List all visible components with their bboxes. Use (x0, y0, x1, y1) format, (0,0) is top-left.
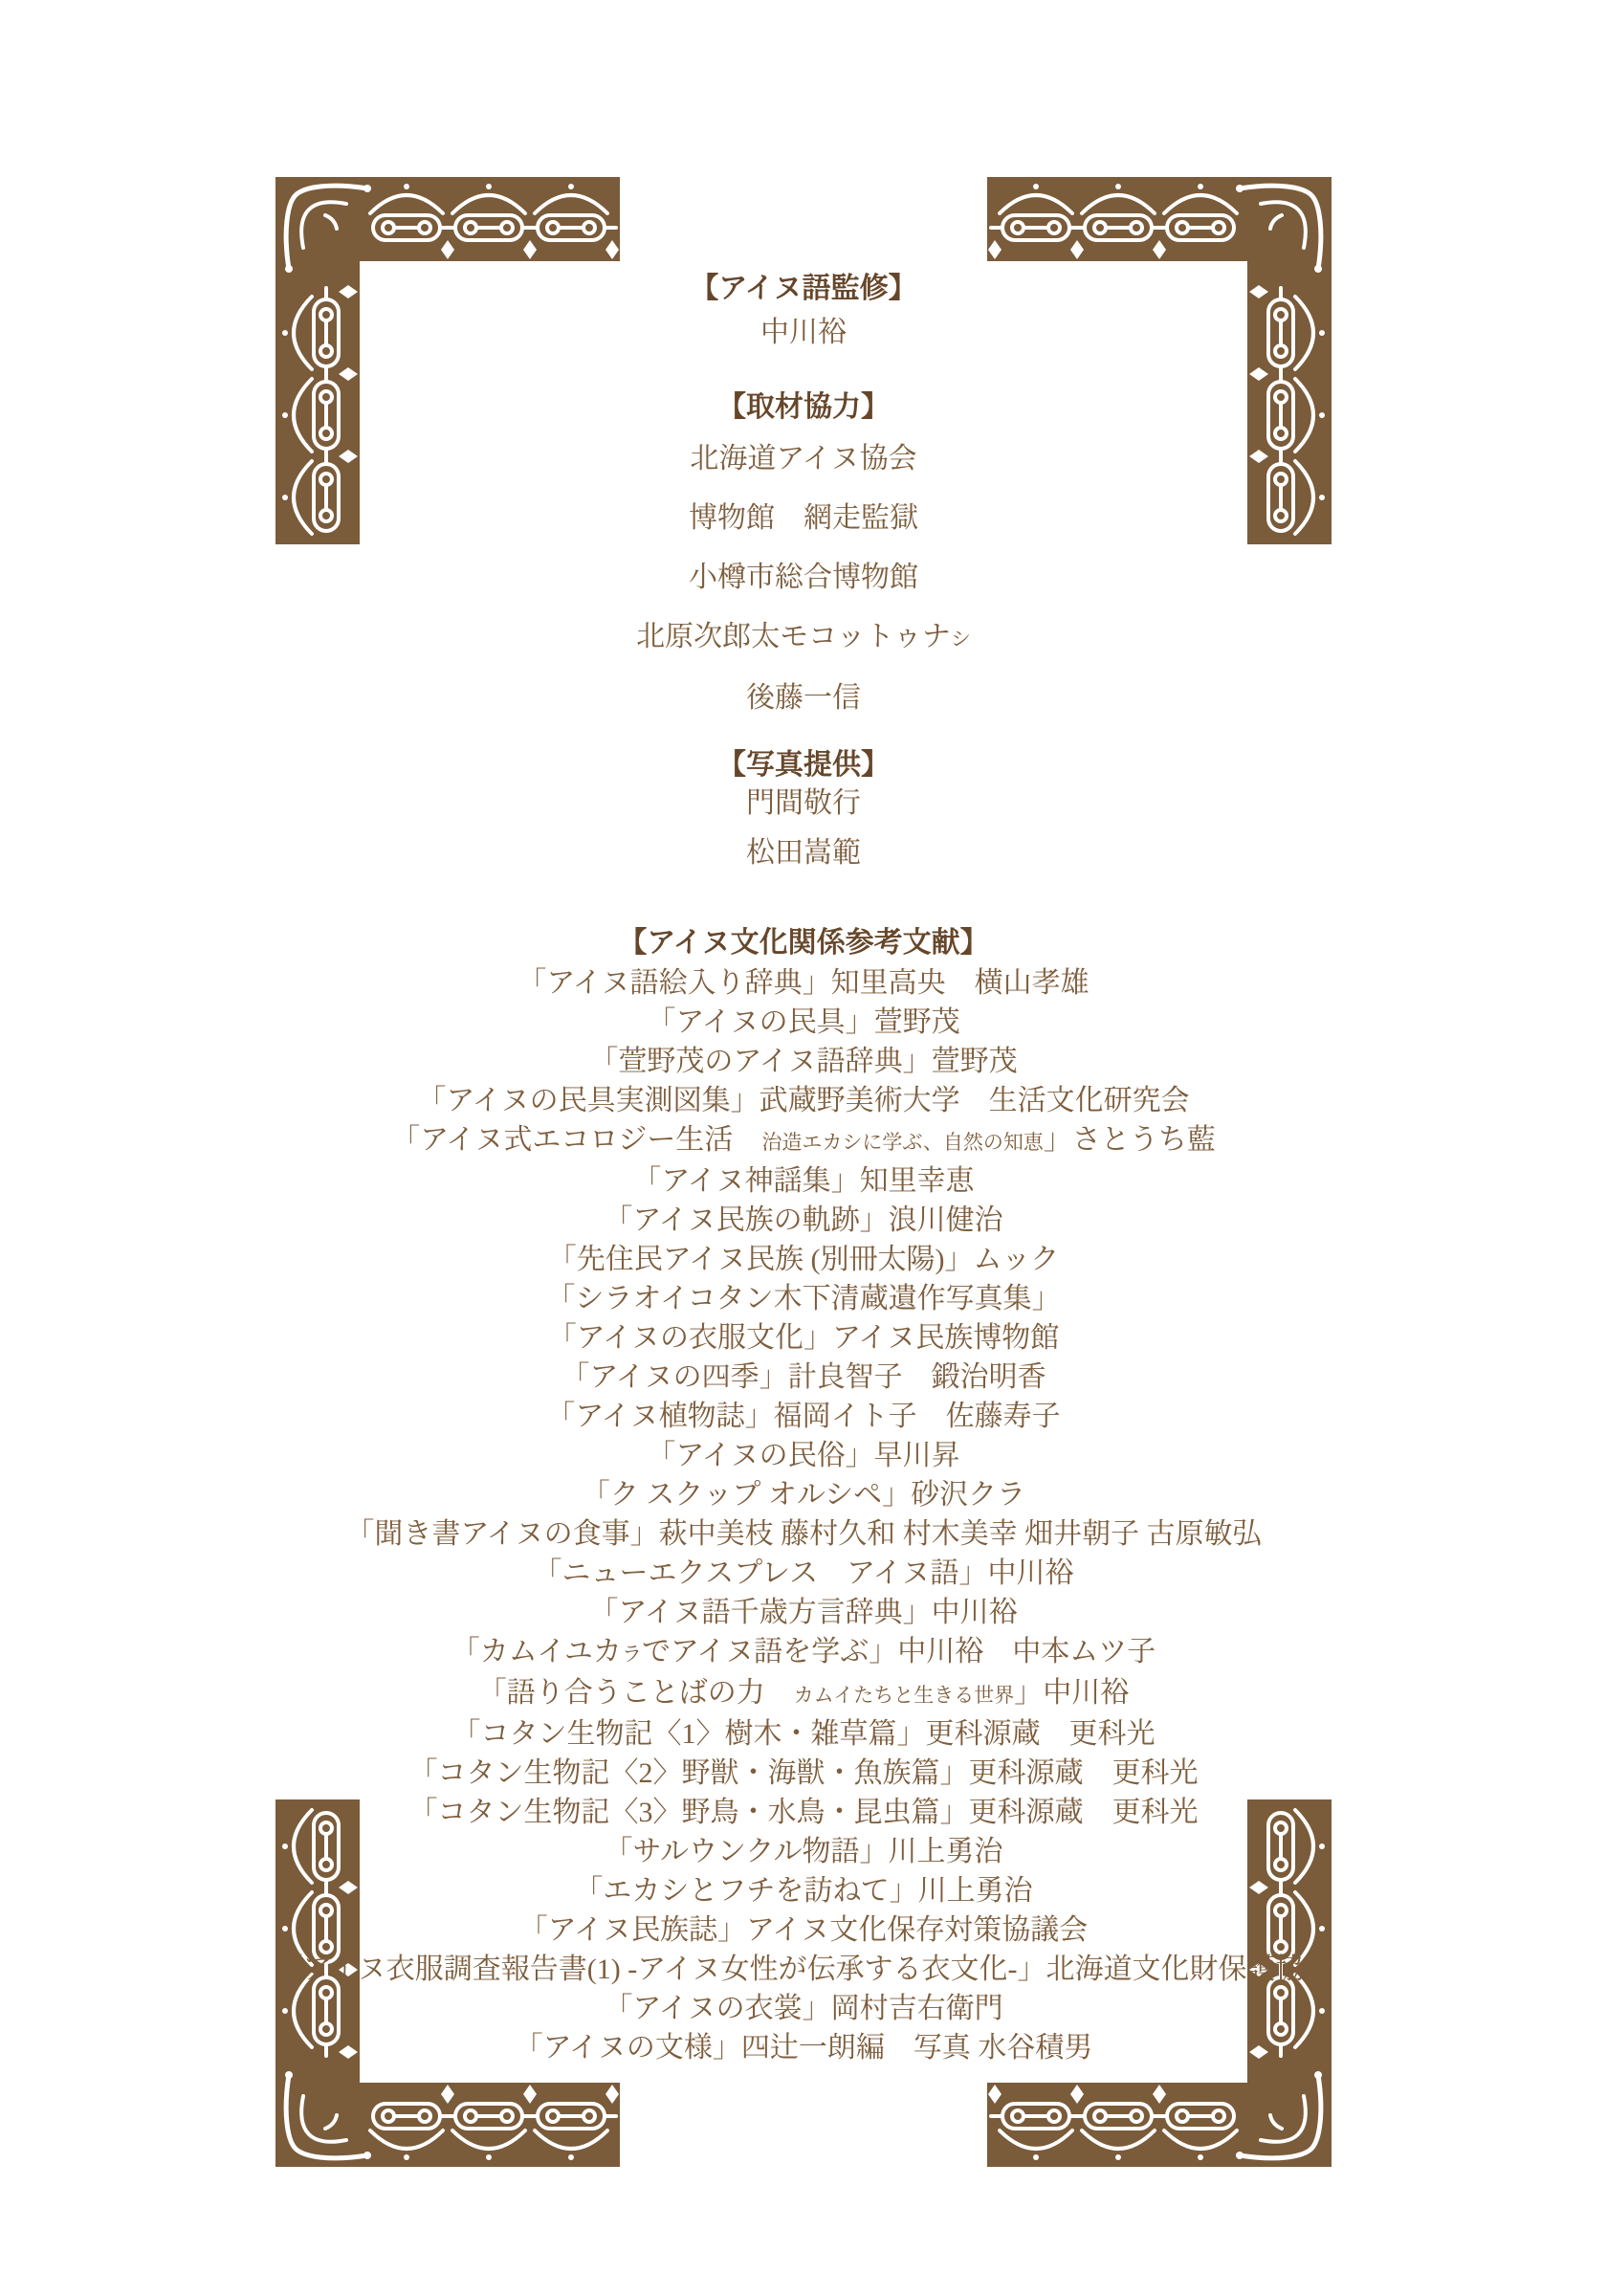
section-research-cooperation: 【取材協力】 北海道アイヌ協会 博物館 網走監獄 小樽市総合博物館 北原次郎太モ… (0, 393, 1607, 713)
section-heading: 【アイヌ語監修】 (0, 275, 1607, 303)
section-bibliography: 【アイヌ文化関係参考文献】 「アイヌ語絵入り辞典」知里高央 横山孝雄 「アイヌの… (0, 929, 1607, 2063)
credits-text: 【アイヌ語監修】 中川裕 【取材協力】 北海道アイヌ協会 博物館 網走監獄 小樽… (0, 0, 1607, 2296)
bibliography-entry: 「カムイユカラでアイヌ語を学ぶ」中川裕 中本ムツ子 (0, 1638, 1607, 1668)
book-credits-page: 【アイヌ語監修】 中川裕 【取材協力】 北海道アイヌ協会 博物館 網走監獄 小樽… (0, 0, 1607, 2296)
credit-name: 北原次郎太モコットゥナシ (0, 623, 1607, 653)
bibliography-entry: 「アイヌ植物誌」福岡イト子 佐藤寿子 (0, 1402, 1607, 1431)
section-heading: 【取材協力】 (0, 393, 1607, 422)
bibliography-entry: 「萱野茂のアイヌ語辞典」萱野茂 (0, 1048, 1607, 1076)
bibliography-entry: 「アイヌの四季」計良智子 鍛治明香 (0, 1363, 1607, 1392)
bibliography-entry: 「コタン生物記〈3〉野鳥・水鳥・昆虫篇」更科源蔵 更科光 (0, 1799, 1607, 1827)
bibliography-entry: 「アイヌ民族の軌跡」浪川健治 (0, 1206, 1607, 1235)
bibliography-entry: 「コタン生物記〈2〉野獣・海獣・魚族篇」更科源蔵 更科光 (0, 1759, 1607, 1788)
bibliography-entry: 「コタン生物記〈1〉樹木・雑草篇」更科源蔵 更科光 (0, 1720, 1607, 1749)
credit-name: 松田嵩範 (0, 839, 1607, 868)
bibliography-entry: 「聞き書アイヌの食事」萩中美枝 藤村久和 村木美幸 畑井朝子 古原敏弘 (0, 1520, 1607, 1549)
bibliography-entry: 「アイヌ語絵入り辞典」知里高央 横山孝雄 (0, 969, 1607, 998)
bibliography-entry: 「アイヌの民俗」早川昇 (0, 1442, 1607, 1470)
bibliography-entry: 「アイヌの文様」四辻一朗編 写真 水谷積男 (0, 2034, 1607, 2063)
bibliography-entry: 「アイヌの衣服文化」アイヌ民族博物館 (0, 1324, 1607, 1353)
bibliography-entry: 「アイヌ神謡集」知里幸恵 (0, 1167, 1607, 1196)
section-heading: 【アイヌ文化関係参考文献】 (0, 929, 1607, 958)
bibliography-entry: 「ク スクップ オルシペ」砂沢クラ (0, 1481, 1607, 1510)
section-heading: 【写真提供】 (0, 751, 1607, 780)
section-photo-credit: 【写真提供】 門間敬行 松田嵩範 (0, 751, 1607, 868)
bibliography-entry: 「アイヌ語千歳方言辞典」中川裕 (0, 1599, 1607, 1627)
credit-name: 後藤一信 (0, 684, 1607, 713)
bibliography-entry: 「ニューエクスプレス アイヌ語」中川裕 (0, 1559, 1607, 1588)
bibliography-entry: 「先住民アイヌ民族 (別冊太陽)」ムック (0, 1246, 1607, 1274)
bibliography-entry: 「アイヌ式エコロジー生活 治造エカシに学ぶ、自然の知恵」さとうち藍 (0, 1126, 1607, 1157)
bibliography-entry: 「アイヌ衣服調査報告書(1) -アイヌ女性が伝承する衣文化-」北海道文化財保護協… (0, 1955, 1607, 1984)
credit-name: 中川裕 (0, 319, 1607, 347)
bibliography-entry: 「サルウンクル物語」川上勇治 (0, 1838, 1607, 1866)
credit-name: 門間敬行 (0, 789, 1607, 818)
credit-name: 博物館 網走監獄 (0, 504, 1607, 533)
bibliography-entry: 「アイヌ民族誌」アイヌ文化保存対策協議会 (0, 1916, 1607, 1945)
bibliography-entry: 「アイヌの民具実測図集」武蔵野美術大学 生活文化研究会 (0, 1087, 1607, 1115)
bibliography-entry: 「アイヌの民具」萱野茂 (0, 1008, 1607, 1037)
bibliography-entry: 「エカシとフチを訪ねて」川上勇治 (0, 1877, 1607, 1906)
credit-name: 小樽市総合博物館 (0, 563, 1607, 592)
bibliography-entry: 「語り合うことばの力 カムイたちと生きる世界」中川裕 (0, 1679, 1607, 1710)
section-ainu-language-supervision: 【アイヌ語監修】 中川裕 (0, 275, 1607, 347)
bibliography-entry: 「シラオイコタン木下清蔵遺作写真集」 (0, 1285, 1607, 1314)
credit-name: 北海道アイヌ協会 (0, 445, 1607, 474)
bibliography-entry: 「アイヌの衣裳」岡村吉右衛門 (0, 1995, 1607, 2023)
